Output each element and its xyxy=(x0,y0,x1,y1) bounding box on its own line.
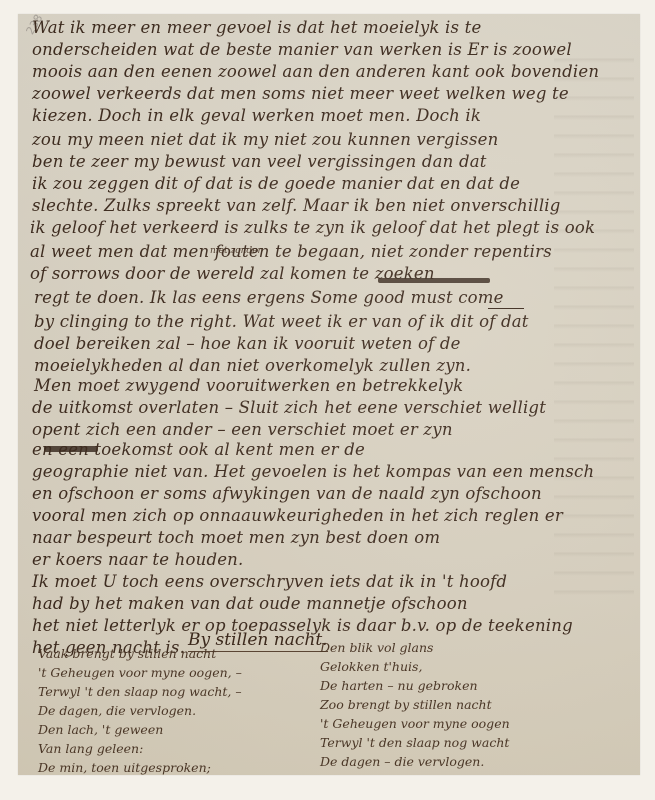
body-line: Ik moet U toch eens overschryven iets da… xyxy=(32,572,507,591)
underline xyxy=(488,308,524,309)
body-line: Men moet zwygend vooruitwerken en betrek… xyxy=(34,376,463,395)
bleed-through-text xyxy=(554,44,634,604)
body-line: geographie niet van. Het gevoelen is het… xyxy=(32,462,594,481)
poem-stanza-left: Vaak brengt by stillen nacht 't Geheugen… xyxy=(38,644,242,777)
body-line: ik geloof het verkeerd is zulks te zyn i… xyxy=(30,218,595,237)
body-line: en ofschoon er soms afwykingen van de na… xyxy=(32,484,542,503)
verse-line: Gelokken t'huis, xyxy=(320,657,510,676)
verse-line: De dagen, die vervlogen. xyxy=(38,701,242,720)
body-line: slechte. Zulks spreekt van zelf. Maar ik… xyxy=(32,196,561,215)
body-line: naar bespeurt toch moet men zyn best doe… xyxy=(32,528,440,547)
verse-line: Den blik vol glans xyxy=(320,638,510,657)
body-line: Wat ik meer en meer gevoel is dat het mo… xyxy=(32,18,481,37)
verse-line: De harten – nu gebroken xyxy=(320,676,510,695)
crossed-out-text xyxy=(378,278,490,283)
verse-line: Vaak brengt by stillen nacht xyxy=(38,644,242,663)
body-line: zoowel verkeerds dat men soms niet meer … xyxy=(32,84,569,103)
verse-line: 't Geheugen voor myne oogen xyxy=(320,714,510,733)
body-line: ben te zeer my bewust van veel vergissin… xyxy=(32,152,487,171)
body-line: of sorrows door de wereld zal komen te z… xyxy=(30,264,435,283)
verse-line: Terwyl 't den slaap nog wacht, – xyxy=(38,682,242,701)
body-line: had by het maken van dat oude mannetje o… xyxy=(32,594,468,613)
body-line: onderscheiden wat de beste manier van we… xyxy=(32,40,572,59)
body-line: zou my meen niet dat ik my niet zou kunn… xyxy=(32,130,498,149)
body-line: opent zich een ander – een verschiet moe… xyxy=(32,420,453,439)
body-line: er koers naar te houden. xyxy=(32,550,243,569)
verse-line: De dagen – die vervlogen. xyxy=(320,752,510,771)
verse-line: Zoo brengt by stillen nacht xyxy=(320,695,510,714)
poem-stanza-right: Den blik vol glans Gelokken t'huis, De h… xyxy=(320,638,510,771)
verse-line: Terwyl 't den slaap nog wacht xyxy=(320,733,510,752)
body-line: ik zou zeggen dit of dat is de goede man… xyxy=(32,174,520,193)
body-line: de uitkomst overlaten – Sluit zich het e… xyxy=(32,398,546,417)
body-line: doel bereiken zal – hoe kan ik vooruit w… xyxy=(34,334,461,353)
body-line: by clinging to the right. Wat weet ik er… xyxy=(34,312,529,331)
body-line: moeielykheden al dan niet overkomelyk zu… xyxy=(34,356,471,375)
verse-line: 't Geheugen voor myne oogen, – xyxy=(38,663,242,682)
body-line: moois aan den eenen zoowel aan den ander… xyxy=(32,62,599,81)
body-line: regt te doen. Ik las eens ergens Some go… xyxy=(34,288,504,307)
verse-line: Van lang geleen: xyxy=(38,739,242,758)
verse-line: Den lach, 't geween xyxy=(38,720,242,739)
body-line: en een toekomst ook al kent men er de xyxy=(32,440,365,459)
body-line: vooral men zich op onnaauwkeurigheden in… xyxy=(32,506,563,525)
body-line: kiezen. Doch in elk geval werken moet me… xyxy=(32,106,481,125)
body-line: al weet men dat men fouten te begaan, ni… xyxy=(30,242,552,261)
verse-line: De min, toen uitgesproken; xyxy=(38,758,242,777)
